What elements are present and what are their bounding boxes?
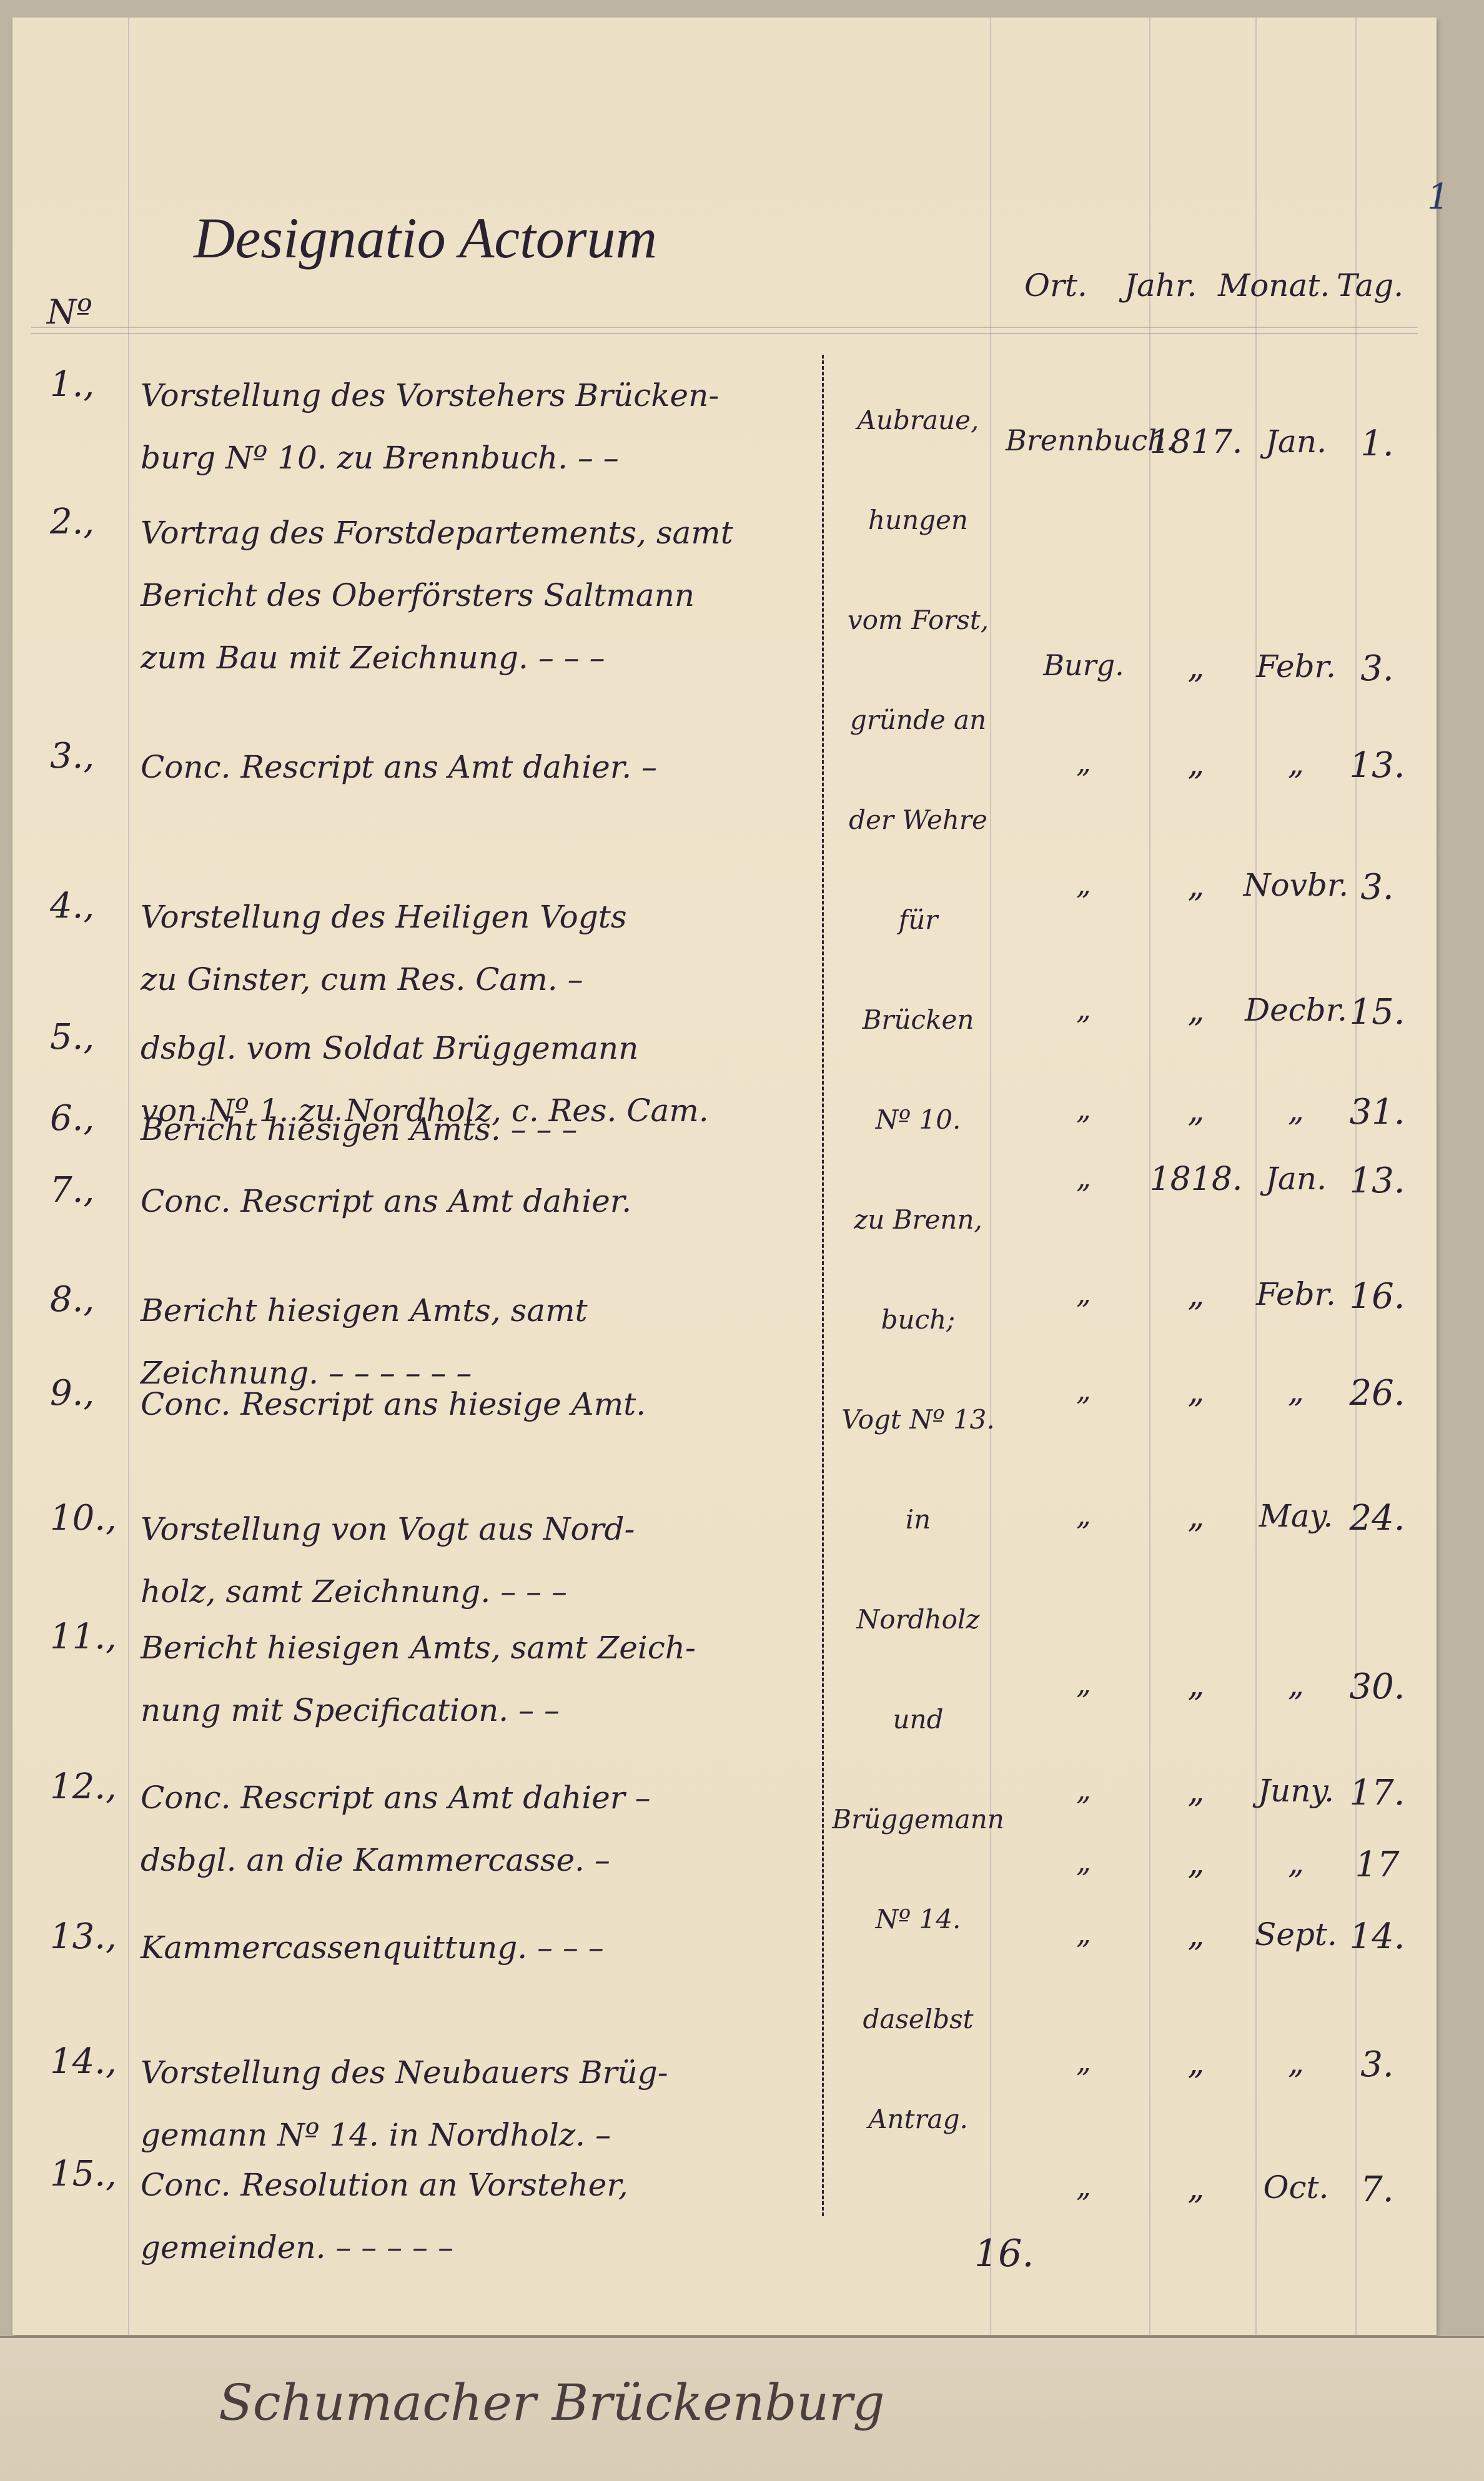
entry-description: Vorstellung des Vorstehers Brücken- <box>141 364 809 427</box>
number-column-header: Nº <box>47 292 92 332</box>
ort-column-header: Ort. <box>1024 267 1087 304</box>
entry-description: nung mit Specification. – – <box>141 1679 809 1741</box>
entry-ort: „ <box>1006 1276 1162 1310</box>
entry-description: zu Ginster, cum Res. Cam. – <box>141 948 809 1011</box>
entry-day: 24. <box>1343 1498 1412 1538</box>
entry-day: 16. <box>1343 1276 1412 1317</box>
monat-column-header: Monat. <box>1218 267 1330 304</box>
side-note-line: buch; <box>831 1304 1006 1335</box>
side-note-line: Brüggemann <box>831 1804 1006 1835</box>
entry-day: 13. <box>1343 745 1412 786</box>
entry-month: Sept. <box>1237 1916 1355 1953</box>
entry-ort: „ <box>1006 1916 1162 1950</box>
entry-description: Vortrag des Forstdepartements, samt <box>141 502 809 564</box>
side-note-line: Nº 14. <box>831 1904 1006 1934</box>
side-note-line: vom Forst, <box>831 605 1006 635</box>
entry-number: 6., <box>50 1098 94 1139</box>
side-note-line: und <box>831 1704 1006 1735</box>
entry-year: „ <box>1149 1916 1243 1954</box>
entry-number: 7., <box>50 1170 94 1211</box>
entry-day: 31. <box>1343 1092 1412 1132</box>
entry-description: Vorstellung des Neubauers Brüg- <box>141 2041 809 2104</box>
entry-day: 7. <box>1343 2169 1412 2210</box>
side-note-line: hungen <box>831 505 1006 535</box>
margin-rule <box>128 17 129 2335</box>
entry-day: 3. <box>1343 867 1412 908</box>
entry-year: „ <box>1149 2044 1243 2082</box>
entry-day: 30. <box>1343 1666 1412 1707</box>
entry-ort: „ <box>1006 992 1162 1026</box>
entry-month: „ <box>1237 1092 1355 1128</box>
entry-description: dsbgl. an die Kammercasse. – <box>141 1829 809 1891</box>
entry-description: Conc. Rescript ans Amt dahier. – <box>141 736 809 798</box>
entry-month: Febr. <box>1237 1276 1355 1312</box>
entry-description: Conc. Rescript ans Amt dahier. <box>141 1170 809 1232</box>
folio-number: 1 <box>1427 177 1450 217</box>
entry-month: Novbr. <box>1237 867 1355 903</box>
entry-ort: „ <box>1006 1161 1162 1194</box>
entry-year: „ <box>1149 1276 1243 1314</box>
tag-column-header: Tag. <box>1337 267 1403 304</box>
entry-year: „ <box>1149 1845 1243 1882</box>
entry-month: „ <box>1237 1666 1355 1703</box>
entry-number: 13., <box>50 1916 117 1957</box>
header-rule <box>31 327 1418 328</box>
side-note-line: daselbst <box>831 2004 1006 2034</box>
entry-number: 2., <box>50 502 94 542</box>
entry-month: „ <box>1237 1373 1355 1409</box>
entry-year: 1818. <box>1149 1161 1243 1198</box>
entry-day: 3. <box>1343 648 1412 689</box>
entry-number: 14., <box>50 2041 117 2082</box>
page-title: Designatio Actorum <box>194 205 657 271</box>
entry-ort: „ <box>1006 2169 1162 2203</box>
entry-number: 8., <box>50 1279 94 1320</box>
entry-year: „ <box>1149 1373 1243 1410</box>
entry-number: 5., <box>50 1017 94 1057</box>
entry-description: Bericht hiesigen Amts, samt <box>141 1279 809 1342</box>
entry-day: 13. <box>1343 1161 1412 1201</box>
entry-description: dsbgl. vom Soldat Brüggemann <box>141 1017 809 1079</box>
entry-day: 17. <box>1343 1773 1412 1813</box>
entry-year: „ <box>1149 1498 1243 1535</box>
entry-year: „ <box>1149 1773 1243 1810</box>
side-note-line: Brücken <box>831 1004 1006 1035</box>
entry-ort: „ <box>1006 867 1162 901</box>
side-note-line: der Wehre <box>831 805 1006 835</box>
side-note-line: gründe an <box>831 705 1006 735</box>
entry-description: Kammercassenquittung. – – – <box>141 1916 809 1979</box>
entry-month: „ <box>1237 1845 1355 1881</box>
entry-description: Vorstellung des Heiligen Vogts <box>141 886 809 948</box>
entry-year: „ <box>1149 992 1243 1029</box>
entry-ort: „ <box>1006 1498 1162 1532</box>
entry-month: Oct. <box>1237 2169 1355 2206</box>
entry-description: zum Bau mit Zeichnung. – – – <box>141 626 809 689</box>
entry-month: Jan. <box>1237 423 1355 460</box>
entry-ort: „ <box>1006 745 1162 779</box>
side-note-line: Antrag. <box>831 2104 1006 2134</box>
entry-description: Bericht hiesigen Amts, samt Zeich- <box>141 1617 809 1679</box>
entry-description: holz, samt Zeichnung. – – – <box>141 1560 809 1623</box>
entry-ort: „ <box>1006 1666 1162 1700</box>
entry-number: 10., <box>50 1498 117 1538</box>
side-note-line: Nordholz <box>831 1604 1006 1635</box>
entry-description: gemeinden. – – – – – <box>141 2216 809 2279</box>
entry-month: Decbr. <box>1237 992 1355 1028</box>
entry-ort: „ <box>1006 1773 1162 1806</box>
entry-day: 14. <box>1343 1916 1412 1957</box>
side-note-line: Nº 10. <box>831 1104 1006 1135</box>
column-divider <box>822 355 828 2216</box>
side-note-line: Aubraue, <box>831 405 1006 435</box>
entry-year: „ <box>1149 745 1243 783</box>
entry-month: Febr. <box>1237 648 1355 685</box>
entry-day: 3. <box>1343 2044 1412 2085</box>
side-note-line: zu Brenn, <box>831 1204 1006 1235</box>
entry-description: Conc. Rescript ans hiesige Amt. <box>141 1373 809 1435</box>
entry-day: 17 <box>1343 1845 1412 1885</box>
entry-ort: „ <box>1006 1092 1162 1126</box>
entry-ort: „ <box>1006 1373 1162 1407</box>
entry-day: 15. <box>1343 992 1412 1033</box>
entry-ort: „ <box>1006 2044 1162 2078</box>
page-total: 16. <box>974 2232 1034 2275</box>
column-rule <box>990 17 991 2335</box>
entry-ort: „ <box>1006 1845 1162 1878</box>
entry-ort: Burg. <box>1006 648 1162 682</box>
entry-number: 1., <box>50 364 94 405</box>
entry-description: Bericht des Oberförsters Saltmann <box>141 564 809 626</box>
entry-month: Juny. <box>1237 1773 1355 1809</box>
entry-number: 9., <box>50 1373 94 1414</box>
entry-number: 11., <box>50 1617 117 1657</box>
entry-month: „ <box>1237 745 1355 781</box>
entry-number: 12., <box>50 1766 117 1807</box>
side-note-line: in <box>831 1504 1006 1535</box>
entry-year: 1817. <box>1149 423 1243 461</box>
header-rule <box>31 333 1418 334</box>
entry-month: „ <box>1237 2044 1355 2081</box>
entry-description: Vorstellung von Vogt aus Nord- <box>141 1498 809 1560</box>
entry-year: „ <box>1149 1666 1243 1704</box>
side-note-line: Vogt Nº 13. <box>831 1404 1006 1435</box>
entry-day: 1. <box>1343 423 1412 464</box>
entry-number: 4., <box>50 886 94 926</box>
entry-year: „ <box>1149 2169 1243 2207</box>
entry-description: burg Nº 10. zu Brennbuch. – – <box>141 427 809 489</box>
entry-year: „ <box>1149 1092 1243 1129</box>
entry-ort: Brennbuch. <box>1006 423 1162 457</box>
entry-description: Conc. Resolution an Vorsteher, <box>141 2154 809 2216</box>
cover-label: Schumacher Brückenburg <box>219 2374 884 2432</box>
jahr-column-header: Jahr. <box>1124 267 1197 304</box>
entry-month: May. <box>1237 1498 1355 1534</box>
entry-description: Bericht hiesigen Amts. – – – <box>141 1098 809 1161</box>
entry-year: „ <box>1149 648 1243 686</box>
entry-number: 3., <box>50 736 94 776</box>
side-note-line: für <box>831 904 1006 935</box>
entry-month: Jan. <box>1237 1161 1355 1197</box>
manuscript-page: 1 Designatio Actorum Nº Ort. Jahr. Monat… <box>12 17 1437 2335</box>
entry-description: Conc. Rescript ans Amt dahier – <box>141 1766 809 1829</box>
entry-year: „ <box>1149 867 1243 904</box>
entry-number: 15., <box>50 2154 117 2194</box>
entry-day: 26. <box>1343 1373 1412 1414</box>
